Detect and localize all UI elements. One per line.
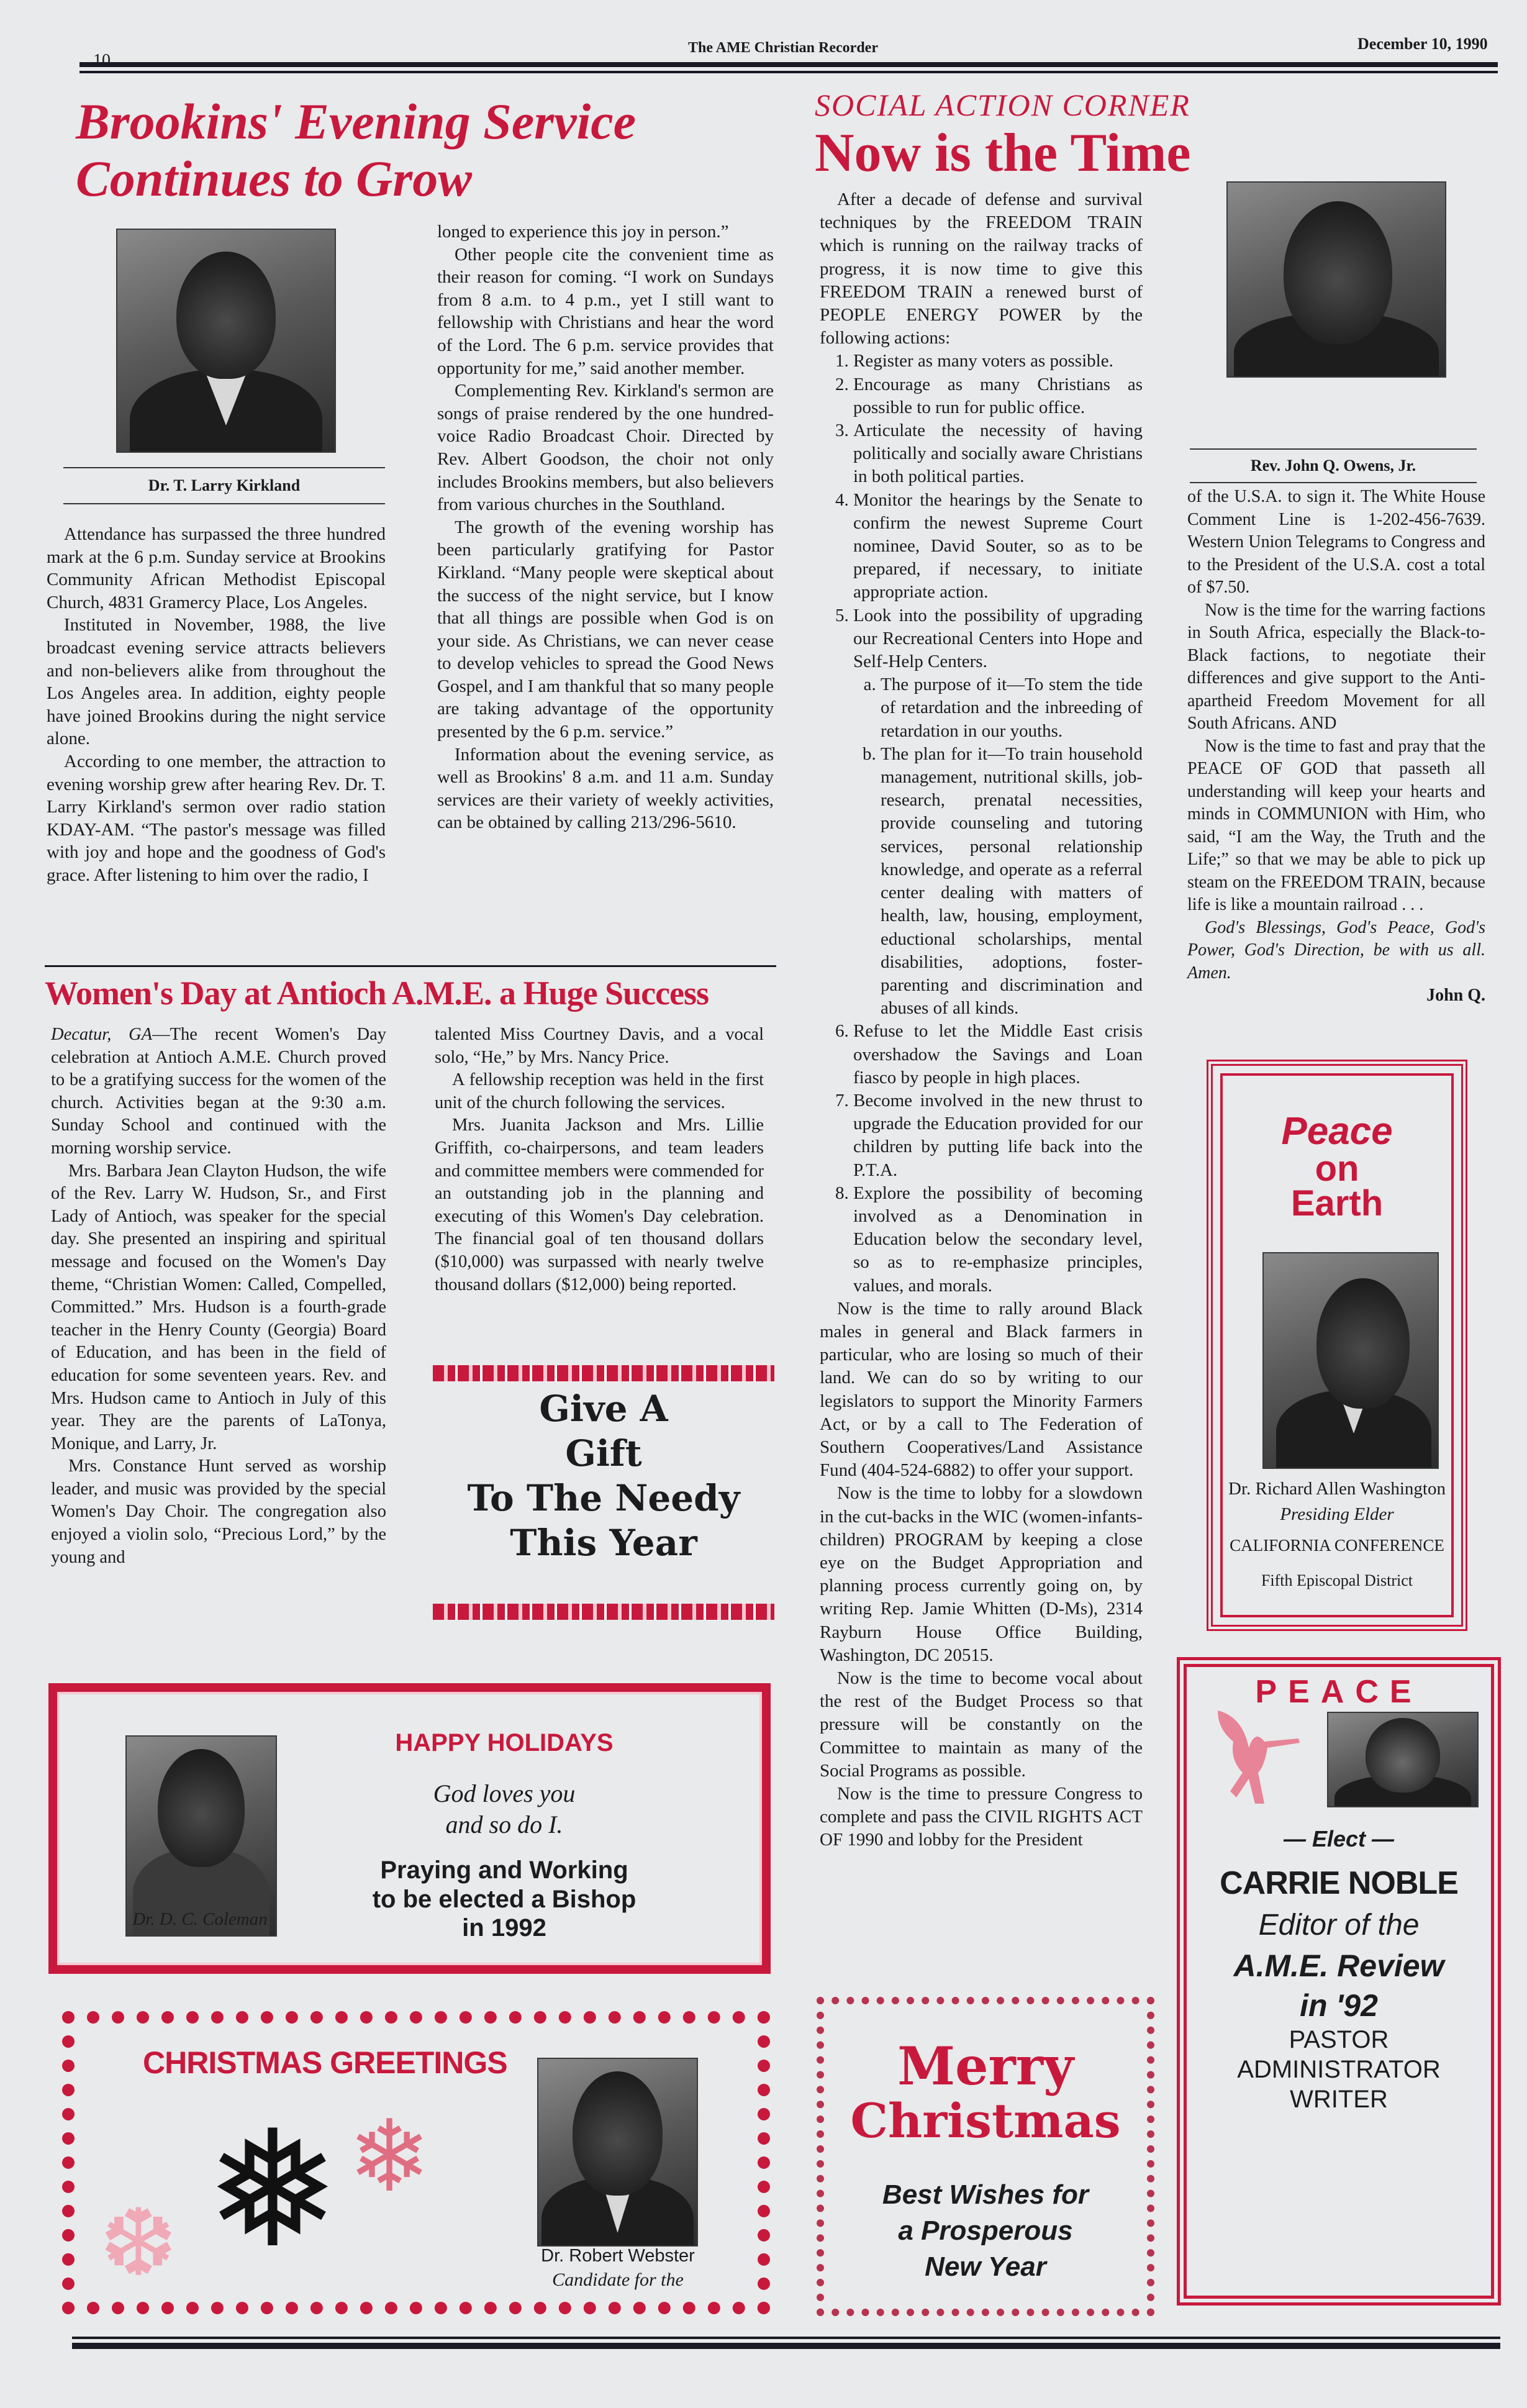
- section-divider: [45, 965, 776, 967]
- brookins-para: Attendance has surpassed the three hundr…: [47, 523, 386, 614]
- photo-head: [158, 1749, 245, 1867]
- kirkland-caption: Dr. T. Larry Kirkland: [63, 467, 385, 504]
- brookins-para: According to one member, the attraction …: [47, 750, 386, 887]
- action-item-text: Look into the possibility of upgrading o…: [853, 606, 1143, 671]
- happy-holidays-line: God loves you: [330, 1779, 678, 1808]
- photo-head: [573, 2071, 663, 2196]
- happy-holidays-title: HAPPY HOLIDAYS: [330, 1729, 678, 1757]
- washington-role: Presiding Elder: [1213, 1504, 1461, 1525]
- closing-blessing: God's Blessings, God's Peace, God's Powe…: [1187, 917, 1485, 985]
- carrie-noble-photo: [1327, 1712, 1479, 1807]
- action-item: Look into the possibility of upgrading o…: [853, 604, 1143, 1020]
- issue-date: December 10, 1990: [1357, 35, 1488, 53]
- brookins-para: Information about the evening service, a…: [437, 743, 774, 834]
- womens-day-col2: talented Miss Courtney Davis, and a voca…: [435, 1024, 764, 1296]
- washington-photo: [1262, 1252, 1439, 1469]
- social-para: Now is the time to lobby for a slowdown …: [820, 1482, 1143, 1667]
- brookins-para: Complementing Rev. Kirkland's sermon are…: [437, 379, 774, 516]
- peace-title: Earth: [1213, 1183, 1461, 1224]
- action-item: Refuse to let the Middle East crisis ove…: [853, 1020, 1143, 1089]
- coleman-photo: [125, 1735, 277, 1937]
- action-sublist: The purpose of it—To stem the tide of re…: [853, 673, 1143, 1020]
- owens-caption: Rev. John Q. Owens, Jr.: [1190, 448, 1477, 483]
- publication-name: The AME Christian Recorder: [688, 40, 878, 57]
- photo-head: [1316, 1278, 1410, 1409]
- candidate-name: CARRIE NOBLE: [1187, 1865, 1491, 1902]
- washington-conference: CALIFORNIA CONFERENCE: [1213, 1536, 1461, 1555]
- footer-rule-thick: [72, 2343, 1500, 2349]
- social-para: of the U.S.A. to sign it. The White Hous…: [1187, 486, 1485, 599]
- christmas-greetings-ad: CHRISTMAS GREETINGS ❅ ❄ ❆ Dr. Robert Web…: [62, 2011, 770, 2314]
- womens-day-lead: —The recent Women's Day celebration at A…: [51, 1025, 386, 1158]
- brookins-para: longed to experience this joy in person.…: [437, 220, 774, 243]
- webster-photo: [537, 2058, 698, 2247]
- angel-trumpet-icon: [1205, 1704, 1311, 1810]
- header-rule-thick: [79, 62, 1498, 67]
- brookins-para: Other people cite the convenient time as…: [437, 243, 774, 380]
- womens-day-para: Mrs. Constance Hunt served as worship le…: [51, 1455, 386, 1569]
- intro-para: After a decade of defense and survival t…: [820, 188, 1143, 350]
- brookins-headline: Brookins' Evening Service Continues to G…: [76, 93, 684, 207]
- snowflake-black-icon: ❅: [205, 2110, 340, 2272]
- page-number: 10: [93, 51, 111, 71]
- social-para: Now is the time to fast and pray that th…: [1187, 735, 1485, 917]
- best-wishes-line: Best Wishes for: [824, 2179, 1147, 2210]
- candidate-role: PASTOR: [1187, 2026, 1491, 2054]
- candidate-role: ADMINISTRATOR: [1187, 2056, 1491, 2084]
- action-item: Register as many voters as possible.: [853, 350, 1143, 373]
- social-action-headline: Now is the Time: [815, 122, 1190, 184]
- happy-holidays-line: to be elected a Bishop: [318, 1886, 691, 1914]
- action-subitem: The plan for it—To train household manag…: [881, 743, 1143, 1020]
- snowflake-red-icon: ❄: [348, 2107, 431, 2207]
- header-rule-thin: [79, 71, 1498, 73]
- womens-day-para: Mrs. Juanita Jackson and Mrs. Lillie Gri…: [435, 1114, 764, 1296]
- happy-holidays-line: Praying and Working: [318, 1856, 691, 1884]
- christmas-greetings-title: CHRISTMAS GREETINGS: [143, 2045, 507, 2081]
- gift-line: Give A: [433, 1386, 774, 1431]
- social-action-right-col: of the U.S.A. to sign it. The White Hous…: [1187, 486, 1485, 1007]
- owens-photo: [1226, 181, 1446, 378]
- merry-christmas-ad: Merry Christmas Best Wishes for a Prospe…: [817, 1997, 1154, 2316]
- social-action-kicker: SOCIAL ACTION CORNER: [815, 87, 1190, 123]
- best-wishes-line: New Year: [824, 2251, 1147, 2283]
- happy-holidays-line: and so do I.: [330, 1810, 678, 1839]
- action-item: Articulate the necessity of having polit…: [853, 419, 1143, 489]
- womens-day-para: talented Miss Courtney Davis, and a voca…: [435, 1024, 764, 1069]
- holly-border-bottom: [433, 1604, 774, 1620]
- social-para: Now is the time to rally around Black ma…: [820, 1297, 1143, 1483]
- action-list: Register as many voters as possible. Enc…: [820, 350, 1143, 1297]
- photo-head: [1284, 201, 1392, 344]
- social-para: Now is the time to become vocal about th…: [820, 1667, 1143, 1783]
- washington-district: Fifth Episcopal District: [1213, 1571, 1461, 1590]
- brookins-para: The growth of the evening worship has be…: [437, 516, 774, 743]
- womens-day-headline: Women's Day at Antioch A.M.E. a Huge Suc…: [45, 974, 790, 1012]
- gift-line: To The Needy: [433, 1476, 774, 1520]
- photo-head: [176, 252, 276, 379]
- washington-name: Dr. Richard Allen Washington: [1213, 1479, 1461, 1499]
- kirkland-photo: [116, 229, 336, 453]
- footer-rule-thin: [72, 2337, 1500, 2339]
- action-subitem: The purpose of it—To stem the tide of re…: [881, 673, 1143, 743]
- brookins-col1: Attendance has surpassed the three hundr…: [47, 523, 386, 887]
- womens-day-para: A fellowship reception was held in the f…: [435, 1069, 764, 1114]
- brookins-col2: longed to experience this joy in person.…: [437, 220, 774, 834]
- peace-on-earth-ad: Peace on Earth Dr. Richard Allen Washing…: [1207, 1060, 1467, 1631]
- coleman-caption: Dr. D. C. Coleman: [113, 1909, 287, 1930]
- best-wishes-line: a Prosperous: [824, 2215, 1147, 2247]
- candidate-role: WRITER: [1187, 2086, 1491, 2114]
- carrie-noble-ad: PEACE — Elect — CARRIE NOBLE Editor of t…: [1177, 1657, 1501, 2306]
- action-item: Monitor the hearings by the Senate to co…: [853, 489, 1143, 604]
- webster-name: Dr. Robert Webster: [519, 2246, 717, 2266]
- merry-line: Merry: [824, 2038, 1147, 2094]
- happy-holidays-line: in 1992: [318, 1914, 691, 1942]
- womens-day-col1: Decatur, GA—The recent Women's Day celeb…: [51, 1024, 386, 1569]
- signature: John Q.: [1187, 984, 1485, 1007]
- candidate-line: A.M.E. Review: [1187, 1948, 1491, 1984]
- womens-day-para: Mrs. Barbara Jean Clayton Hudson, the wi…: [51, 1160, 386, 1456]
- action-item: Encourage as many Christians as possible…: [853, 373, 1143, 419]
- holly-border-top: [433, 1365, 774, 1381]
- christmas-line: Christmas: [824, 2093, 1147, 2149]
- brookins-para: Instituted in November, 1988, the live b…: [47, 614, 386, 750]
- brookins-headline-line1: Brookins' Evening Service: [76, 93, 684, 150]
- gift-ad-text: Give A Gift To The Needy This Year: [433, 1386, 774, 1565]
- womens-day-para: Decatur, GA—The recent Women's Day celeb…: [51, 1024, 386, 1160]
- happy-holidays-ad: Dr. D. C. Coleman HAPPY HOLIDAYS God lov…: [48, 1683, 771, 1974]
- peace-title: Peace: [1213, 1109, 1461, 1153]
- candidate-line: Editor of the: [1187, 1908, 1491, 1942]
- gift-line: This Year: [433, 1520, 774, 1565]
- webster-tagline: Candidate for the: [519, 2269, 717, 2291]
- gift-line: Gift: [433, 1431, 774, 1476]
- action-item: Explore the possibility of becoming invo…: [853, 1182, 1143, 1297]
- elect-label: — Elect —: [1187, 1826, 1491, 1852]
- snowflake-pink-icon: ❆: [99, 2197, 178, 2291]
- brookins-headline-line2: Continues to Grow: [76, 150, 684, 207]
- candidate-line: in '92: [1187, 1988, 1491, 2024]
- photo-head: [1366, 1718, 1440, 1792]
- social-para: Now is the time to pressure Congress to …: [820, 1783, 1143, 1852]
- action-item: Become involved in the new thrust to upg…: [853, 1089, 1143, 1182]
- dateline: Decatur, GA: [51, 1025, 152, 1044]
- social-para: Now is the time for the warring factions…: [1187, 599, 1485, 735]
- social-action-col: After a decade of defense and survival t…: [820, 188, 1143, 1852]
